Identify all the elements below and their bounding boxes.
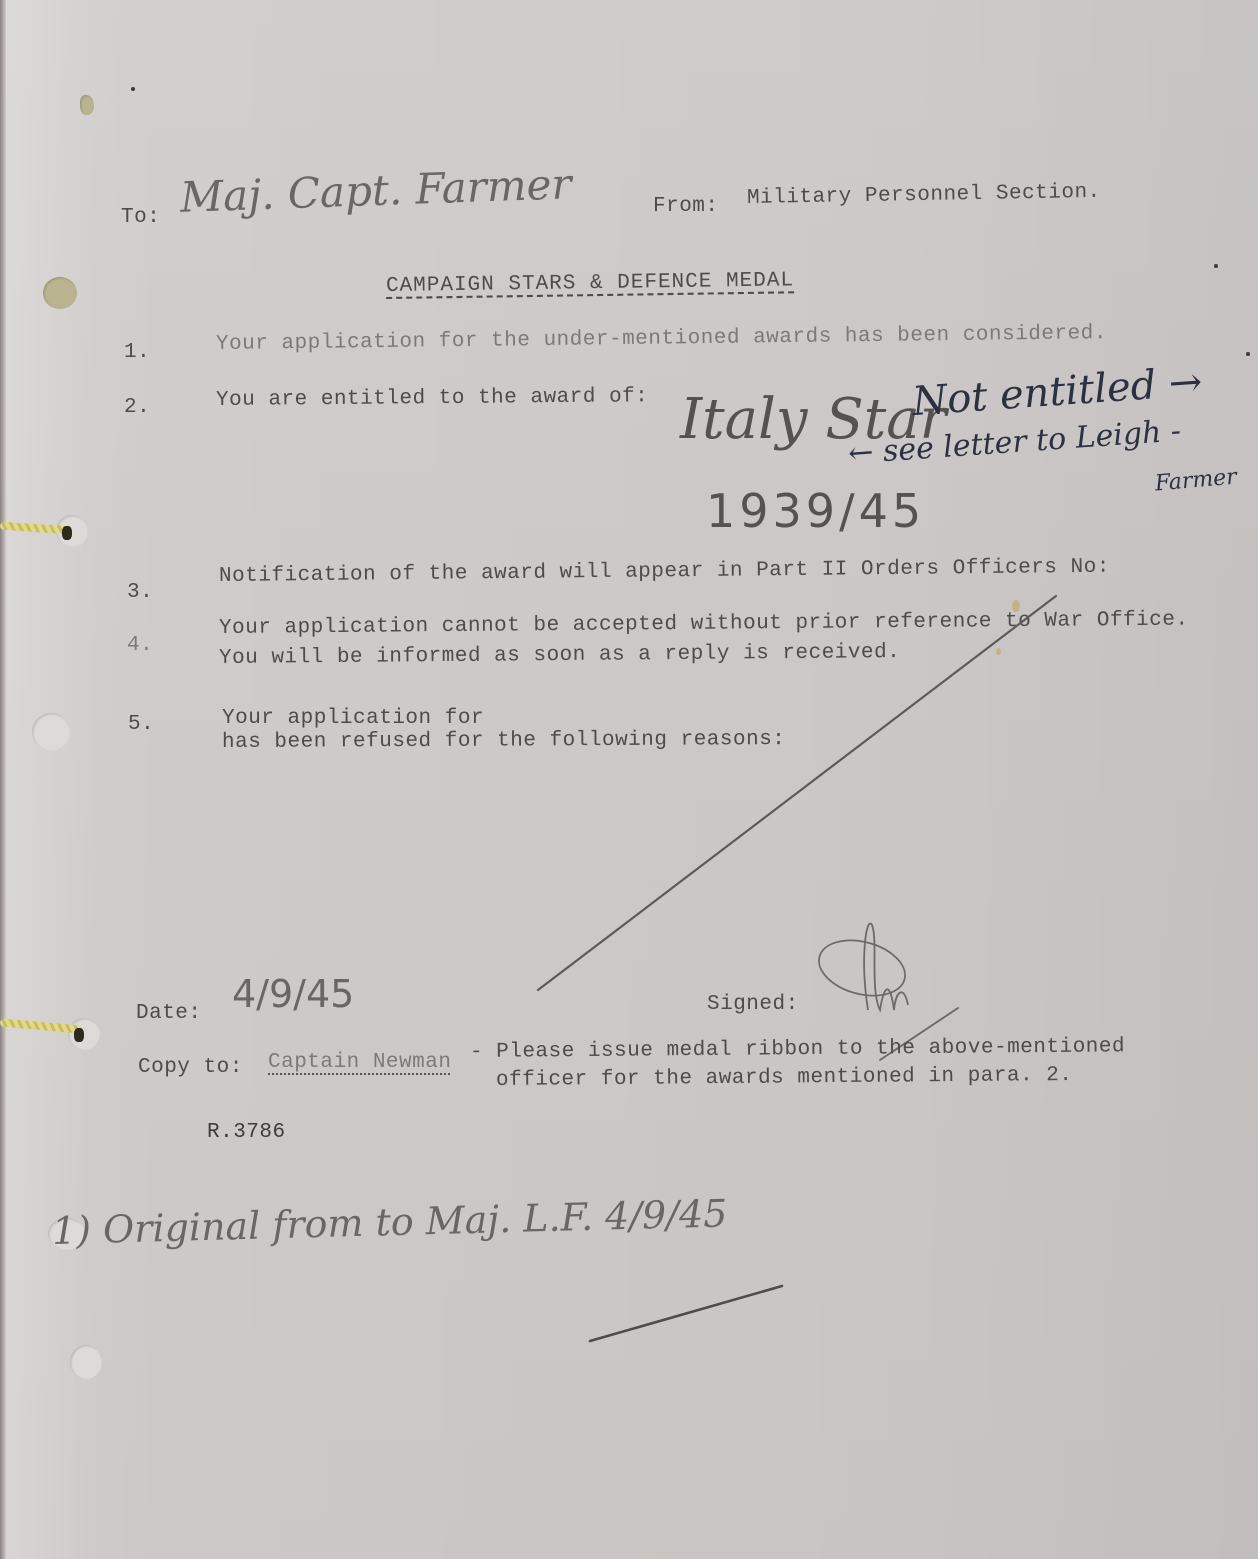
binding-string-knot: [62, 526, 72, 540]
paper-speck: [131, 87, 135, 91]
paragraph-2-text: You are entitled to the award of:: [216, 386, 649, 411]
award-1939-45-handwritten: 1939/45: [706, 488, 925, 534]
copy-to-recipient: Captain Newman: [268, 1052, 451, 1073]
punch-hole: [32, 713, 70, 751]
date-label: Date:: [136, 1003, 202, 1024]
paragraph-number: 2.: [124, 397, 150, 418]
paper-speck: [1246, 352, 1250, 356]
to-label: To:: [121, 207, 160, 228]
punch-hole-stained: [80, 95, 94, 115]
paper-edge: [0, 0, 6, 1559]
copy-to-instruction-line-2: officer for the awards mentioned in para…: [496, 1065, 1073, 1091]
from-label: From:: [653, 196, 719, 217]
signed-label: Signed:: [707, 994, 799, 1015]
paragraph-number: 4.: [127, 635, 153, 656]
document-title: CAMPAIGN STARS & DEFENCE MEDAL: [386, 270, 794, 297]
paper-speck: [1214, 264, 1218, 268]
date-value-handwritten: 4/9/45: [232, 975, 354, 1013]
paragraph-number: 1.: [124, 342, 150, 363]
rust-stain: [996, 648, 1001, 655]
paragraph-5-line-1: Your application for: [222, 708, 484, 729]
punch-hole: [68, 1018, 100, 1050]
binding-string-knot: [74, 1028, 84, 1042]
paragraph-5-line-2: has been refused for the following reaso…: [222, 729, 785, 753]
copy-to-label: Copy to:: [138, 1057, 243, 1078]
scanned-paper: [0, 0, 1258, 1559]
paragraph-number: 3.: [127, 582, 153, 603]
punch-hole-stained: [43, 277, 77, 309]
paragraph-number: 5.: [128, 714, 154, 735]
punch-hole: [70, 1345, 102, 1379]
reference-number: R.3786: [207, 1122, 286, 1143]
copy-to-instruction-line-1: - Please issue medal ribbon to the above…: [470, 1036, 1125, 1063]
